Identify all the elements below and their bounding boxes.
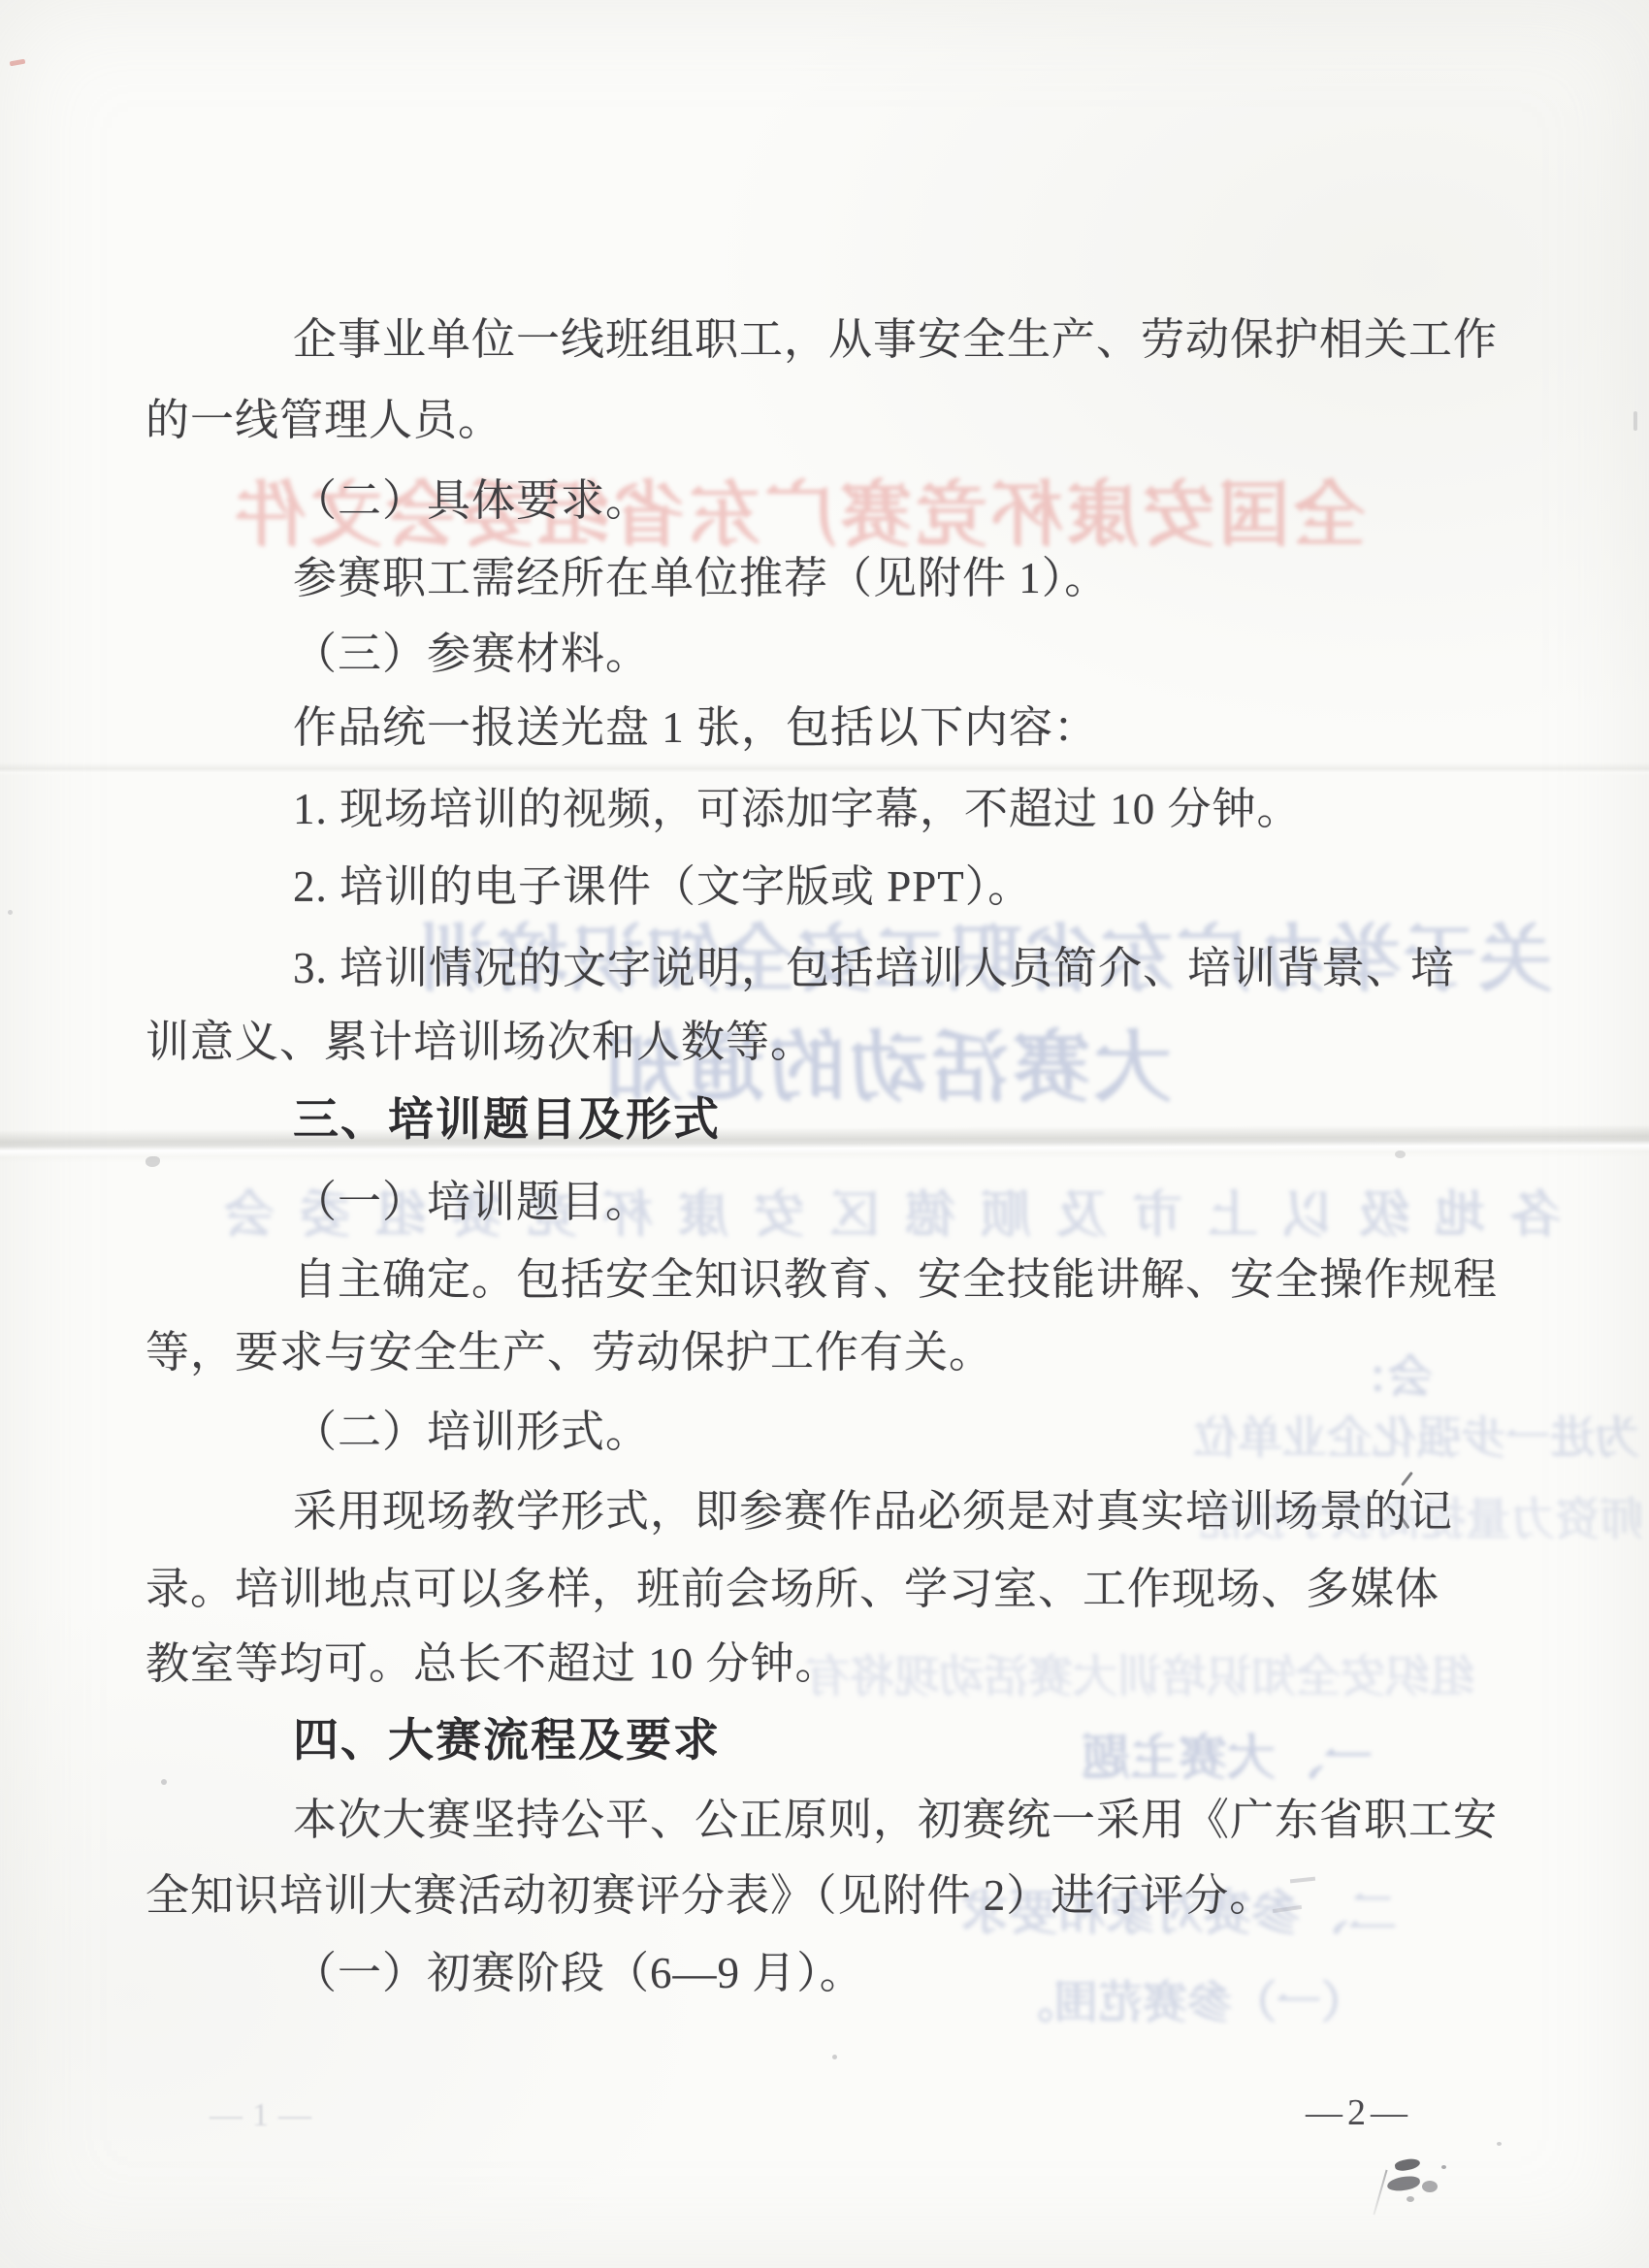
subheading-line: （二）具体要求。 xyxy=(293,473,650,528)
ink-blot xyxy=(1422,2181,1438,2192)
list-item-line: 2. 培训的电子课件（文字版或 PPT）。 xyxy=(293,859,1032,914)
list-item-line: 3. 培训情况的文字说明，包括培训人员简介、培训背景、培 xyxy=(293,941,1455,995)
ink-blot xyxy=(1386,2175,1420,2191)
text-line: 全知识培训大赛活动初赛评分表》（见附件 2）进行评分。 xyxy=(145,1868,1274,1923)
ink-scratch xyxy=(1373,2170,1387,2216)
subheading-line: （三）参赛材料。 xyxy=(293,627,650,681)
bleedthrough-fragment: 会： xyxy=(1343,1342,1433,1406)
bleedthrough-heading-fragment: 一、大赛主题 xyxy=(1082,1719,1373,1789)
fold-crease-minor xyxy=(0,762,1649,776)
text-line: 本次大赛坚持公平、公正原则，初赛统一采用《广东省职工安 xyxy=(293,1793,1498,1847)
text-line: 录。培训地点可以多样，班前会场所、学习室、工作现场、多媒体 xyxy=(145,1562,1439,1616)
bleedthrough-page-number: —1— xyxy=(210,2097,321,2134)
list-item-line: 1. 现场培训的视频，可添加字幕，不超过 10 分钟。 xyxy=(293,782,1302,836)
ink-smudge xyxy=(1377,2152,1459,2221)
ink-blot xyxy=(1394,2156,1421,2172)
text-line: 作品统一报送光盘 1 张，包括以下内容： xyxy=(293,700,1098,755)
section-heading: 三、培训题目及形式 xyxy=(293,1092,721,1150)
scan-speck xyxy=(1395,1150,1406,1158)
subheading-line: （一）培训题目。 xyxy=(293,1175,650,1229)
text-line: 企事业单位一线班组职工，从事安全生产、劳动保护相关工作 xyxy=(293,312,1498,367)
section-heading: 四、大赛流程及要求 xyxy=(293,1713,721,1770)
subheading-line: （一）初赛阶段（6—9 月）。 xyxy=(293,1946,864,2000)
text-line: 参赛职工需经所在单位推荐（见附件 1）。 xyxy=(293,551,1109,605)
text-line: 采用现场教学形式，即参赛作品必须是对真实培训场景的记 xyxy=(293,1484,1453,1539)
bleedthrough-fragment: 为进一步强化企业单位 xyxy=(1193,1403,1639,1467)
ink-blot xyxy=(1406,2196,1414,2202)
document-page: 全国安康杯竞赛广东省组委会文件 关于举办广东省职工安全知识培训 大赛活动的通知 … xyxy=(0,0,1649,2268)
scan-speck xyxy=(1497,2142,1502,2146)
ink-blot xyxy=(1441,2165,1446,2169)
scan-speck xyxy=(161,1779,167,1785)
scan-speck xyxy=(10,59,26,67)
subheading-line: （二）培训形式。 xyxy=(293,1405,650,1459)
bleedthrough-fragment: 组织安全知识培训大赛活动现将有 xyxy=(805,1641,1474,1705)
page-number: —2— xyxy=(1306,2091,1412,2134)
text-line: 自主确定。包括安全知识教育、安全技能讲解、安全操作规程 xyxy=(293,1252,1498,1307)
bleedthrough-subheading-fragment: （一）参赛范围。 xyxy=(1009,1967,1366,2031)
scan-speck xyxy=(8,910,13,915)
text-line: 教室等均可。总长不超过 10 分钟。 xyxy=(145,1636,840,1691)
scan-speck xyxy=(832,2055,837,2059)
text-line: 的一线管理人员。 xyxy=(145,393,502,447)
text-line: 训意义、累计培训场次和人数等。 xyxy=(145,1015,815,1069)
scan-speck xyxy=(1633,411,1637,431)
scan-speck xyxy=(145,1156,160,1167)
text-line: 等，要求与安全生产、劳动保护工作有关。 xyxy=(145,1325,993,1379)
